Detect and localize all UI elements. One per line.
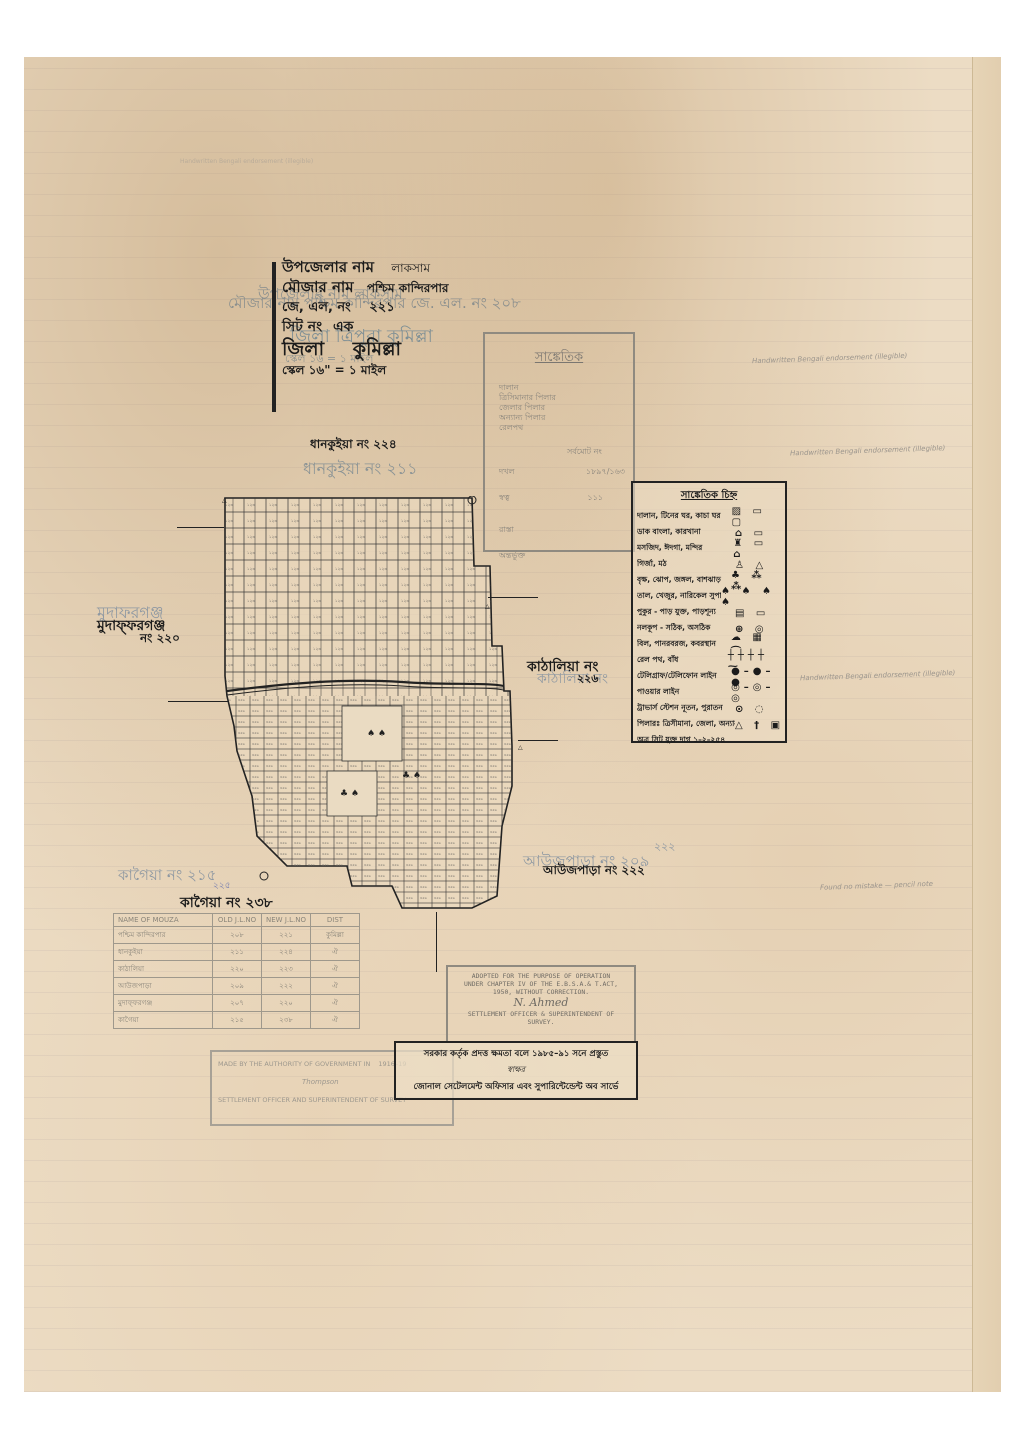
- table-cell: ধানকুইয়া: [114, 944, 213, 961]
- faded-legend-line: জেলার পিলার: [499, 403, 633, 413]
- faded-legend-row: সর্বমোট নং: [567, 447, 633, 457]
- cadastral-map: ১২৩ ৪৫৬ ♠ ♠ ♣ ♠ ♣ ♠ △ △ △: [222, 496, 532, 911]
- boundary-pointer-west-2: [168, 701, 228, 702]
- legend-label: বিল, পানরবরজ, কবরস্থান: [637, 639, 731, 651]
- boundary-pointer-west-1: [177, 527, 224, 528]
- table-row: ধানকুইয়া ২১১ ২২৪ ঐ: [114, 944, 360, 961]
- pillar-icon: △ † ▣: [735, 720, 784, 731]
- legend-item: ট্রাভার্স স্টেশন নূতন, পুরাতন⊙ ◌: [633, 701, 785, 717]
- faded-legend-line: রেলপথ: [499, 423, 633, 433]
- neighbor-north-new: ধানকুইয়া নং ২২৪: [310, 436, 397, 456]
- district-label: জিলা: [282, 338, 324, 360]
- building-icon: ▨ ▭ ▢: [732, 506, 785, 528]
- top-faded-annotations: Handwritten Bengali endorsement (illegib…: [180, 158, 313, 165]
- legend-label: টেলিগ্রাফ/টেলিফোন লাইন: [637, 671, 731, 683]
- table-header-row: NAME OF MOUZA OLD J.L.NO NEW J.L.NO DIST: [114, 914, 360, 927]
- table-cell: কাঠালিয়া: [114, 961, 213, 978]
- table-cell: ঐ: [311, 995, 360, 1012]
- bengali-authority-stamp: সরকার কর্তৃক প্রদত্ত ক্ষমতা বলে ১৯৮৫–৯১ …: [394, 1041, 638, 1100]
- legend-label: অত্র সিট যুক্ত দাগ ১–২–২৫৪: [637, 735, 777, 747]
- table-cell: ঐ: [311, 961, 360, 978]
- mosque-icon: ♜ ▭ ⌂: [733, 538, 785, 560]
- svg-text:△: △: [518, 744, 523, 751]
- faded-legend-line: দালান: [499, 383, 633, 393]
- table-row: কাঠালিয়া ২২০ ২২৩ ঐ: [114, 961, 360, 978]
- legend-label: বৃক্ষ, ঝোপ, জঙ্গল, বাশঝাড়: [637, 575, 731, 587]
- legend-item: পিলারঃ ত্রিসীমানা, জেলা, অন্যান্য△ † ▣: [633, 717, 785, 733]
- adopted-line: SURVEY.: [448, 1018, 634, 1026]
- table-cell: ২০৮: [213, 927, 262, 944]
- neighbor-southwest-new: কাগৈয়া নং ২৩৮: [180, 891, 273, 915]
- table-cell: কুমিল্লা: [311, 927, 360, 944]
- legend-label: গির্জা, মঠ: [637, 559, 735, 571]
- jl-value: ২২১: [369, 300, 394, 315]
- table-cell: ২১১: [213, 944, 262, 961]
- legend-label: পুকুর - পাড় যুক্ত, পাড়শূন্য: [637, 607, 735, 619]
- legend-item: পাওয়ার লাইন◎–◎–◎: [633, 685, 785, 701]
- table-cell: ২১৫: [213, 1012, 262, 1029]
- neighbor-southwest-old: কাগৈয়া নং ২১৫: [118, 864, 216, 889]
- faded-row-value: ১১১: [587, 493, 603, 503]
- made-by-text: MADE BY THE AUTHORITY OF GOVERNMENT IN: [218, 1060, 370, 1068]
- faded-legend-row: দখল ১৮৯৭/১৬৩: [499, 467, 633, 477]
- mouza-jl-table: NAME OF MOUZA OLD J.L.NO NEW J.L.NO DIST…: [113, 913, 360, 1029]
- power-line-icon: ◎–◎–◎: [731, 682, 785, 704]
- adopted-stamp: ADOPTED FOR THE PURPOSE OF OPERATION UND…: [446, 965, 636, 1043]
- upazila-value: লাকসাম: [391, 261, 430, 275]
- svg-text:♣ ♠: ♣ ♠: [402, 771, 421, 781]
- sheet-fold-edge: [972, 57, 1001, 1392]
- palm-tree-icon: ♠ ♠ ♠ ♠: [721, 586, 785, 608]
- legend-label: নলকূপ - সঠিক, অসঠিক: [637, 623, 735, 635]
- table-cell: ২২২: [262, 978, 311, 995]
- faded-row-value: ১৮৯৭/১৬৩: [586, 467, 625, 477]
- table-cell: ২৩৮: [262, 1012, 311, 1029]
- title-block: উপজেলার নাম লাকসাম মৌজার নাম পশ্চিম কান্…: [282, 260, 449, 376]
- table-cell: ঐ: [311, 978, 360, 995]
- table-cell: কাগৈয়া: [114, 1012, 213, 1029]
- adopted-line: SETTLEMENT OFFICER & SUPERINTENDENT OF: [448, 1010, 634, 1018]
- mouza-value: পশ্চিম কান্দিরপার: [367, 281, 449, 295]
- table-cell: ঐ: [311, 944, 360, 961]
- church-icon: ♙ △: [735, 560, 767, 571]
- table-cell: ২২১: [262, 927, 311, 944]
- table-cell: মুদাফ্ফরগঞ্জ: [114, 995, 213, 1012]
- neighbor-east-number: ২২৬: [577, 670, 598, 689]
- title-bracket: [272, 262, 276, 412]
- adopted-line: ADOPTED FOR THE PURPOSE OF OPERATION: [448, 972, 634, 980]
- traverse-station-icon: ⊙ ◌: [735, 704, 768, 715]
- legend-label: পিলারঃ ত্রিসীমানা, জেলা, অন্যান্য: [637, 719, 735, 731]
- table-row: মুদাফ্ফরগঞ্জ ২০৭ ২২০ ঐ: [114, 995, 360, 1012]
- table-cell: ২০৭: [213, 995, 262, 1012]
- table-cell: ঐ: [311, 1012, 360, 1029]
- table-cell: আউজপাড়া: [114, 978, 213, 995]
- top-annotation-text: Handwritten Bengali endorsement (illegib…: [180, 158, 313, 165]
- scale-text: স্কেল ১৬" = ১ মাইল: [282, 364, 449, 376]
- legend-label: ট্রাভার্স স্টেশন নূতন, পুরাতন: [637, 703, 735, 715]
- table-header: NAME OF MOUZA: [114, 914, 213, 927]
- legend-item: দালান, টিনের ঘর, কাচা ঘর▨ ▭ ▢: [633, 509, 785, 525]
- adopted-signature: N. Ahmed: [448, 999, 634, 1007]
- faded-legend-title: সাঙ্কেতিক: [485, 348, 633, 369]
- boundary-pointer-east-2: [518, 740, 558, 741]
- table-cell: ২০৯: [213, 978, 262, 995]
- sheet-value: এক: [333, 319, 353, 335]
- legend-label: দালান, টিনের ঘর, কাচা ঘর: [637, 511, 732, 523]
- neighbor-southeast-note: ২২২: [654, 838, 675, 857]
- svg-text:△: △: [222, 497, 227, 504]
- table-cell: ২২৪: [262, 944, 311, 961]
- table-row: পশ্চিম কান্দিরপার ২০৮ ২২১ কুমিল্লা: [114, 927, 360, 944]
- bengali-stamp-line: সরকার কর্তৃক প্রদত্ত ক্ষমতা বলে ১৯৮৫–৯১ …: [396, 1047, 636, 1061]
- table-header: OLD J.L.NO: [213, 914, 262, 927]
- adopted-line: 1950, WITHOUT CORRECTION.: [448, 988, 634, 996]
- table-cell: ২২৩: [262, 961, 311, 978]
- sheet-label: সিট নং: [282, 319, 322, 335]
- svg-text:♠ ♠: ♠ ♠: [367, 729, 386, 739]
- table-header: DIST: [311, 914, 360, 927]
- legend-label: পাওয়ার লাইন: [637, 687, 731, 699]
- table-cell: ২২০: [262, 995, 311, 1012]
- bengali-stamp-signature: স্বাক্ষর: [396, 1064, 636, 1077]
- faded-legend-line: ত্রিসিমানার পিলার: [499, 393, 633, 403]
- pond-icon: ▤ ▭: [735, 608, 769, 619]
- neighbor-north-old: ধানকুইয়া নং ২১১: [303, 456, 418, 483]
- legend-label: তাল, খেজুর, নারিকেল সুপারী: [637, 591, 721, 603]
- faded-legend-line: অন্যান্য পিলার: [499, 413, 633, 423]
- table-cell: পশ্চিম কান্দিরপার: [114, 927, 213, 944]
- svg-text:△: △: [485, 603, 490, 610]
- plot-boundaries: ১২৩ ৪৫৬ ♠ ♠ ♣ ♠ ♣ ♠ △ △ △: [222, 496, 532, 911]
- bungalow-icon: ⌂ ▭: [735, 528, 767, 539]
- legend-item: মসজিদ, ঈদগা, মন্দির♜ ▭ ⌂: [633, 541, 785, 557]
- legend-label: ডাক বাংলা, কারখানা: [637, 527, 735, 539]
- table-cell: ২২০: [213, 961, 262, 978]
- legend-label: রেল পথ, বাঁধ: [637, 655, 728, 667]
- jl-label: জে, এল, নং: [282, 300, 351, 315]
- table-row: আউজপাড়া ২০৯ ২২২ ঐ: [114, 978, 360, 995]
- mouza-label: মৌজার নাম: [282, 278, 354, 296]
- table-header: NEW J.L.NO: [262, 914, 311, 927]
- upazila-label: উপজেলার নাম: [282, 258, 374, 276]
- boundary-pointer-east-1: [488, 597, 538, 598]
- adopted-line: UNDER CHAPTER IV OF THE E.B.S.A.& T.ACT,: [448, 980, 634, 988]
- neighbor-west-number: নং ২২০: [140, 630, 180, 650]
- faded-row-label: দখল: [499, 467, 514, 477]
- boundary-pointer-south: [436, 912, 437, 972]
- bengali-stamp-line: জোনাল সেটেলমেন্ট অফিসার এবং সুপারিন্টেন্…: [396, 1080, 636, 1094]
- neighbor-southeast-new: আউজপাড়া নং ২২২: [543, 862, 645, 882]
- legend-title: সাঙ্কেতিক চিহ্ন: [633, 488, 785, 505]
- district-value: কুমিল্লা: [353, 338, 401, 360]
- legend-item: তাল, খেজুর, নারিকেল সুপারী♠ ♠ ♠ ♠: [633, 589, 785, 605]
- legend-label: মসজিদ, ঈদগা, মন্দির: [637, 543, 733, 555]
- legend-item: পুকুর - পাড় যুক্ত, পাড়শূন্য▤ ▭: [633, 605, 785, 621]
- legend-item: অত্র সিট যুক্ত দাগ ১–২–২৫৪: [633, 733, 785, 749]
- svg-text:♣ ♠: ♣ ♠: [340, 789, 359, 799]
- legend-box: সাঙ্কেতিক চিহ্ন দালান, টিনের ঘর, কাচা ঘর…: [631, 481, 787, 743]
- table-row: কাগৈয়া ২১৫ ২৩৮ ঐ: [114, 1012, 360, 1029]
